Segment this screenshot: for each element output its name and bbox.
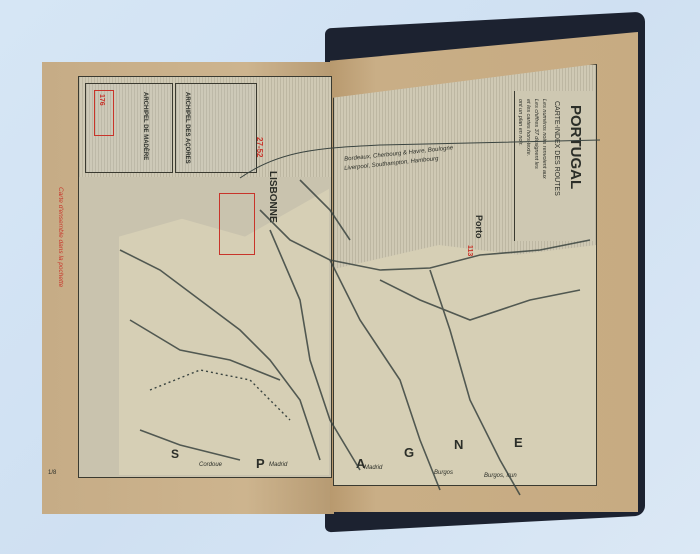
road-network <box>0 0 700 554</box>
